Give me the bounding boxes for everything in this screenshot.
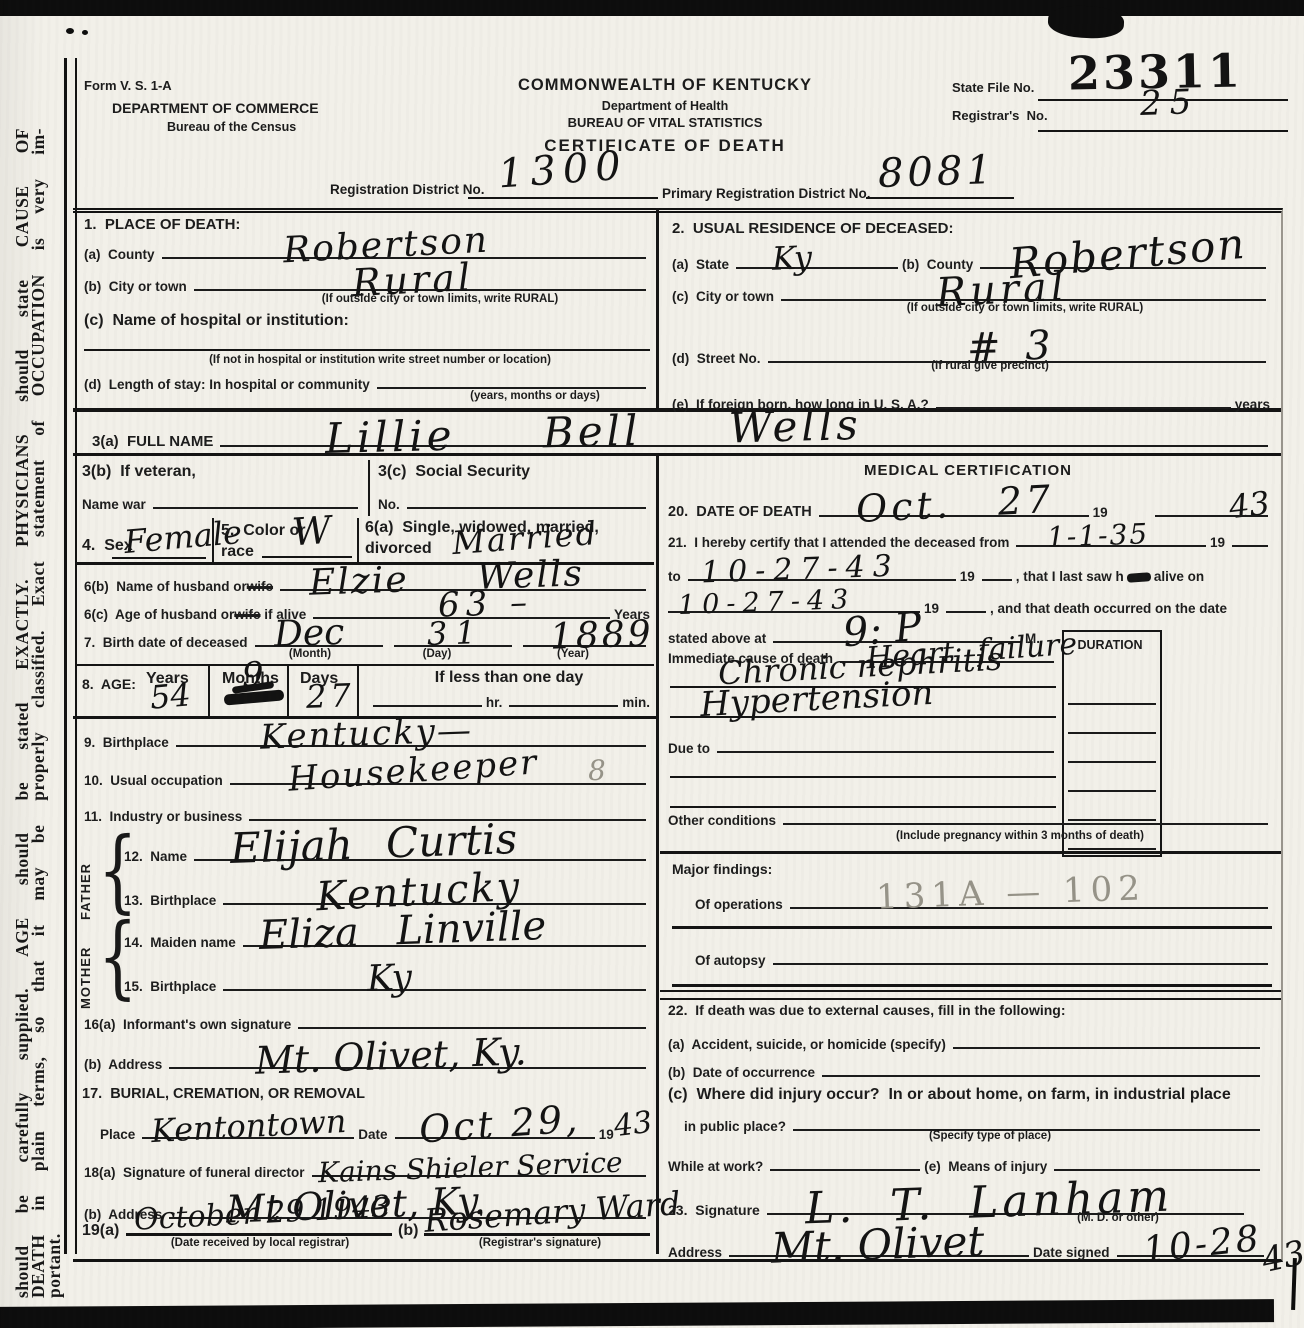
father-birthplace-line: Kentucky	[223, 899, 646, 905]
city-line: Rural	[194, 285, 646, 291]
occupation-pencil-mark: 8	[587, 758, 606, 784]
date-signed-value: 10-28	[1142, 1222, 1264, 1267]
county-label: (a) County	[84, 247, 155, 262]
age-label: 8. AGE:	[82, 676, 136, 692]
last-saw-text-2: alive on	[1154, 569, 1204, 584]
burial-place-line: Kentontown	[142, 1133, 354, 1139]
primary-district-label: Primary Registration District No.	[662, 186, 871, 201]
form-number: Form V. S. 1-A	[84, 78, 172, 93]
funeral-director-line: Kains Shieler Service	[312, 1171, 646, 1177]
marital-label-2: divorced	[365, 540, 432, 558]
husband-age-label: 6(c) Age of husband or	[84, 607, 234, 622]
primary-district-value: 8081	[877, 152, 996, 192]
burial-date-year-pre: 19	[599, 1127, 614, 1142]
external-causes-title: 22. If death was due to external causes,…	[668, 1002, 1066, 1018]
date-of-death-row: 20. DATE OF DEATH Oct. 27 19 43	[668, 490, 1272, 522]
primary-district-line	[866, 197, 1014, 199]
attended-to-row: to 10-27-43 19 , that I last saw h alive…	[668, 560, 1272, 586]
death-occurred-text: , and that death occurred on the date	[990, 601, 1227, 616]
hospital-line	[84, 349, 650, 351]
commonwealth-title: COMMONWEALTH OF KENTUCKY	[448, 76, 882, 95]
due-to-label: Due to	[668, 741, 710, 756]
mother-birthplace-line: Ky	[223, 985, 646, 991]
attended-from-row: 21. I hereby certify that I attended the…	[668, 526, 1272, 552]
length-of-stay-label: (d) Length of stay: In hospital or commu…	[84, 377, 370, 392]
birth-month-caption: (Month)	[260, 648, 360, 660]
occurrence-date-label: (b) Date of occurrence	[668, 1065, 815, 1080]
color-marital-divider	[357, 518, 359, 562]
social-security-no-line	[407, 503, 646, 509]
social-security-no-label: No.	[378, 497, 400, 512]
other-conditions-caption: (Include pregnancy within 3 months of de…	[800, 830, 1240, 842]
autopsy-label: Of autopsy	[695, 953, 766, 968]
registration-district-label: Registration District No.	[330, 182, 485, 197]
scan-dot-1	[66, 28, 74, 34]
last-saw-date-row: 10-27-43 19 , and that death occurred on…	[668, 592, 1272, 618]
due-to-line	[717, 747, 1054, 753]
birth-month-line: Dec	[255, 641, 383, 647]
last-saw-date-19: 19	[924, 601, 939, 616]
last-saw-text: , that I last saw h	[1016, 569, 1124, 584]
age-hr-min-row: hr. min.	[366, 690, 650, 712]
age-row-top-rule	[76, 664, 654, 666]
injury-where-label: (c) Where did injury occur? In or about …	[668, 1086, 1231, 1104]
physician-address-value: Mt. Olivet	[770, 1222, 985, 1267]
foreign-born-line	[936, 403, 1231, 409]
full-name-line: Lillie Bell Wells	[220, 441, 1268, 447]
physician-signature-label: 23. Signature	[668, 1202, 760, 1218]
date-signed-label: Date signed	[1033, 1245, 1110, 1260]
autopsy-row: Of autopsy	[695, 944, 1272, 970]
mother-maiden-row: 14. Maiden name Eliza Linville	[124, 924, 650, 952]
birth-day-value: 31	[426, 618, 484, 649]
informant-address-line: Mt. Olivet, Ky.	[169, 1063, 646, 1069]
veteran-label: 3(b) If veteran,	[82, 463, 196, 481]
attended-from-value: 1-1-35	[1046, 521, 1149, 550]
registrar-received-caption: (Date received by local registrar)	[130, 1237, 390, 1249]
margin-note-line3: portant.	[46, 128, 62, 1298]
physician-address-row: Address Mt. Olivet Date signed 10-28	[668, 1230, 1268, 1262]
age-sep-2	[287, 666, 289, 716]
date-of-death-line: Oct. 27	[819, 511, 1089, 517]
registration-district-line	[468, 197, 658, 199]
full-name-row: 3(a) FULL NAME Lillie Bell Wells	[92, 420, 1272, 452]
sex-color-divider	[212, 518, 214, 562]
burial-place-date-row: Place Kentontown Date Oct 29, 19 43	[100, 1112, 652, 1144]
department-of-health: Department of Health	[448, 99, 882, 113]
cause-line-3-value: Hypertension	[699, 678, 934, 721]
operations-value: 131A — 102	[875, 874, 1146, 914]
age-hr-line	[373, 701, 482, 707]
autopsy-line	[773, 959, 1268, 965]
physician-address-line: Mt. Olivet	[729, 1251, 1029, 1257]
while-at-work-row: While at work? (e) Means of injury	[668, 1150, 1264, 1176]
external-causes-top-rule	[660, 990, 1281, 1000]
residence-city-line: Rural	[781, 295, 1266, 301]
burial-date-value: Oct 29,	[418, 1101, 581, 1146]
operations-line: 131A — 102	[790, 903, 1268, 909]
major-findings-label: Major findings:	[672, 861, 772, 877]
date-of-death-value: Oct. 27	[856, 482, 1056, 527]
social-security-label: 3(c) Social Security	[378, 463, 530, 481]
age-min-line	[509, 701, 618, 707]
marital-value: Married	[451, 519, 599, 558]
birth-day-line: 31	[394, 641, 512, 647]
mother-side-label: MOTHER	[78, 925, 93, 1009]
margin-instruction-note: should be carefully supplied. AGE should…	[14, 128, 62, 1298]
findings-blank-line	[672, 926, 1272, 929]
margin-note-line2: DEATH in plain terms, so that it may be …	[30, 128, 46, 1298]
father-birthplace-label: 13. Birthplace	[124, 893, 216, 908]
occurrence-date-row: (b) Date of occurrence	[668, 1058, 1264, 1082]
attended-to-line: 10-27-43	[688, 575, 956, 581]
mother-maiden-value: Eliza Linville	[258, 908, 546, 954]
occupation-row: 10. Usual occupation Housekeeper 8	[84, 760, 650, 790]
hospital-caption: (If not in hospital or institution write…	[110, 354, 650, 366]
color-label-2: race	[221, 543, 254, 561]
burial-place-value: Kentontown	[150, 1107, 347, 1146]
autopsy-blank-line	[672, 984, 1272, 987]
attended-to-value: 10-27-43	[701, 553, 901, 587]
duration-label: DURATION	[1064, 638, 1156, 652]
informant-signature-label: 16(a) Informant's own signature	[84, 1017, 291, 1032]
accident-label: (a) Accident, suicide, or homicide (spec…	[668, 1037, 946, 1052]
veteran-ss-divider	[368, 460, 370, 516]
informant-address-value: Mt. Olivet, Ky.	[255, 1034, 528, 1078]
birthplace-line: Kentucky—	[176, 741, 646, 747]
husband-name-label: 6(b) Name of husband or	[84, 579, 247, 594]
findings-top-rule	[660, 851, 1281, 854]
father-name-line: Elijah Curtis	[194, 855, 646, 861]
foreign-born-suffix: years	[1235, 397, 1270, 412]
occurrence-date-line	[822, 1071, 1260, 1077]
attended-from-19: 19	[1210, 535, 1225, 550]
scan-bar-bottom	[0, 1299, 1274, 1328]
registrar-no-value: 25	[1139, 87, 1199, 120]
full-name-value: Lillie Bell Wells	[325, 406, 863, 458]
attended-from-19-line	[1232, 541, 1268, 547]
burial-title: 17. BURIAL, CREMATION, OR REMOVAL	[82, 1086, 365, 1102]
informant-address-label: (b) Address	[84, 1057, 162, 1072]
medical-certification-title: MEDICAL CERTIFICATION	[665, 462, 1271, 479]
attended-to-19-line	[982, 575, 1012, 581]
registration-district-value: 1300	[497, 148, 629, 193]
street-no-caption: (If rural give precinct)	[790, 360, 1190, 372]
state-file-label: State File No.	[952, 80, 1034, 95]
date-of-death-year-value: 43	[1227, 489, 1271, 523]
length-of-stay-line	[377, 383, 646, 389]
date-of-death-trailing-line	[1155, 511, 1268, 517]
age-days-value: 27	[306, 681, 356, 711]
physician-address-label: Address	[668, 1245, 722, 1260]
registrar-signature-caption: (Registrar's signature)	[430, 1237, 650, 1249]
residence-city-caption: (If outside city or town limits, write R…	[790, 302, 1260, 314]
husband-age-label-struck: wife	[234, 607, 260, 622]
birth-year-line: 1889	[523, 641, 646, 647]
informant-address-row: (b) Address Mt. Olivet, Ky.	[84, 1044, 650, 1074]
attended-to-19: 19	[960, 569, 975, 584]
mother-birthplace-value: Ky	[366, 962, 412, 996]
death-certificate-scan: should be carefully supplied. AGE should…	[0, 0, 1304, 1328]
last-saw-date-19-line	[946, 607, 986, 613]
birthplace-label: 9. Birthplace	[84, 735, 169, 750]
sex-underline	[112, 557, 206, 559]
city-label: (b) City or town	[84, 279, 187, 294]
date-of-death-label: 20. DATE OF DEATH	[668, 504, 812, 520]
funeral-director-label: 18(a) Signature of funeral director	[84, 1165, 305, 1180]
age-sep-3	[357, 666, 359, 716]
father-name-label: 12. Name	[124, 849, 187, 864]
full-name-label: 3(a) FULL NAME	[92, 433, 213, 450]
residence-state-label: (a) State	[672, 257, 729, 272]
means-of-injury-label: (e) Means of injury	[924, 1159, 1047, 1174]
age-min-label: min.	[622, 695, 650, 710]
father-side-label: FATHER	[78, 840, 93, 920]
color-underline	[262, 556, 352, 558]
residence-city-label: (c) City or town	[672, 289, 774, 304]
social-security-no-row: No.	[378, 490, 650, 514]
street-no-label: (d) Street No.	[672, 351, 761, 366]
while-at-work-line	[770, 1165, 920, 1171]
column-divider-top	[656, 208, 659, 410]
public-place-caption: (Specify type of place)	[840, 1130, 1140, 1142]
residence-state-line: Ky	[736, 263, 898, 269]
birthplace-row: 9. Birthplace Kentucky—	[84, 724, 650, 752]
operations-row: Of operations 131A — 102	[695, 886, 1272, 914]
other-conditions-label: Other conditions	[668, 813, 776, 828]
bureau-vital-statistics: BUREAU OF VITAL STATISTICS	[448, 115, 882, 130]
burial-date-year-value: 43	[612, 1109, 653, 1140]
other-conditions-row: Other conditions	[668, 806, 1272, 830]
accident-line	[953, 1043, 1260, 1049]
color-value: W	[291, 513, 332, 550]
hospital-label: (c) Name of hospital or institution:	[84, 312, 349, 330]
burial-date-line: Oct 29,	[395, 1133, 595, 1139]
father-birthplace-row: 13. Birthplace Kentucky	[124, 880, 650, 910]
bureau-of-census: Bureau of the Census	[167, 120, 296, 134]
birth-day-caption: (Day)	[392, 648, 482, 660]
occupation-line: Housekeeper 8	[230, 779, 646, 785]
age-hr-label: hr.	[486, 695, 503, 710]
birth-month-value: Dec	[273, 616, 344, 651]
mother-maiden-label: 14. Maiden name	[124, 935, 236, 950]
registrar-received-label: 19(a)	[82, 1222, 119, 1240]
occupation-label: 10. Usual occupation	[84, 773, 223, 788]
burial-date-label: Date	[358, 1127, 387, 1142]
attended-from-line: 1-1-35	[1016, 541, 1206, 547]
due-to-row: Due to	[668, 734, 1058, 758]
mother-birthplace-row: 15. Birthplace Ky	[124, 966, 650, 996]
city-caption: (If outside city or town limits, write R…	[230, 293, 650, 305]
birth-year-caption: (Year)	[528, 648, 618, 660]
cause-blank-line-1	[670, 776, 1056, 778]
length-of-stay-caption: (years, months or days)	[420, 390, 650, 402]
last-saw-date-value: 10-27-43	[678, 588, 856, 618]
age-sep-1	[208, 666, 210, 716]
attended-to-pre: to	[668, 569, 681, 584]
attended-from-label: 21. I hereby certify that I attended the…	[668, 535, 1009, 550]
mother-maiden-line: Eliza Linville	[243, 941, 646, 947]
department-of-commerce: DEPARTMENT OF COMMERCE	[112, 100, 319, 116]
while-at-work-label: While at work?	[668, 1159, 763, 1174]
place-of-death-title: 1. PLACE OF DEATH:	[84, 216, 240, 233]
registrar-signature-label: (b)	[398, 1222, 418, 1240]
operations-label: Of operations	[695, 897, 783, 912]
funeral-director-row: 18(a) Signature of funeral director Kain…	[84, 1152, 650, 1182]
informant-signature-line	[298, 1023, 646, 1029]
date-signed-line: 10-28	[1117, 1251, 1264, 1257]
birth-date-label: 7. Birth date of deceased	[84, 635, 248, 650]
column-divider-bottom	[656, 455, 659, 1254]
usual-residence-title: 2. USUAL RESIDENCE OF DECEASED:	[672, 220, 953, 237]
date-signed-year-value: 43	[1259, 1238, 1304, 1277]
informant-signature-row: 16(a) Informant's own signature	[84, 1006, 650, 1034]
father-name-value: Elijah Curtis	[230, 820, 518, 868]
age-years-value: 54	[149, 680, 192, 712]
veteran-war-line-label: Name war	[82, 497, 146, 512]
residence-state-value: Ky	[771, 244, 812, 274]
age-less-than-day-label: If less than one day	[368, 669, 650, 687]
scan-dot-2	[82, 30, 88, 35]
accident-row: (a) Accident, suicide, or homicide (spec…	[668, 1030, 1264, 1054]
burial-place-label: Place	[100, 1127, 135, 1142]
registrar-no-line	[1038, 130, 1288, 132]
public-place-label: in public place?	[684, 1119, 786, 1134]
husband-name-row: 6(b) Name of husband or wife Elzie Wells	[84, 568, 650, 596]
father-name-row: 12. Name Elijah Curtis	[124, 838, 650, 866]
husband-name-label-struck: wife	[247, 579, 273, 594]
last-saw-scribble	[1127, 572, 1152, 583]
registrar-no-label: Registrar's No.	[952, 108, 1048, 123]
other-conditions-line	[783, 819, 1268, 825]
md-or-other-caption: (M. D. or other)	[1048, 1212, 1188, 1224]
mother-birthplace-label: 15. Birthplace	[124, 979, 216, 994]
